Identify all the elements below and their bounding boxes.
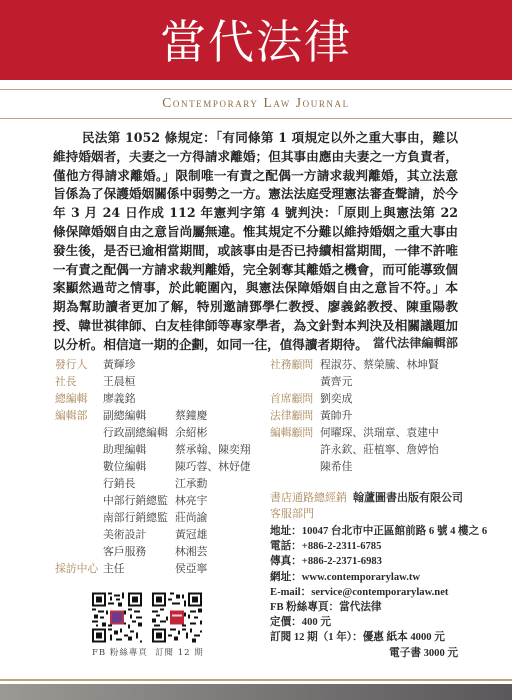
customer-service-label: 客服部門 <box>270 506 347 522</box>
credit-name: 林湘芸 <box>175 543 207 560</box>
subtitle-top-rule <box>0 89 512 90</box>
qr-code-icon <box>152 592 202 643</box>
credit-value: 南部行銷總監 <box>103 509 168 526</box>
website-link[interactable]: 網址：www.contemporarylaw.tw <box>270 570 460 585</box>
credit-value: 行政副總編輯 <box>103 424 168 441</box>
credit-row: 助理編輯蔡承翰、陳奕翔 <box>55 441 255 458</box>
journal-title: 當代法律 <box>0 14 512 70</box>
credit-row: 行銷長江承勳 <box>55 475 255 492</box>
credit-name: 蔡承翰、陳奕翔 <box>175 441 251 458</box>
advisor-row: 首席顧問劉奕成 <box>270 390 470 407</box>
editorial-signature: 當代法律編輯部 <box>0 334 458 352</box>
qr-code-icon <box>92 592 142 643</box>
credit-label: 社長 <box>55 373 77 390</box>
distributor: 書店通路總經銷 翰蘆圖書出版有限公司 客服部門 <box>270 490 347 522</box>
credit-row: 採訪中心主任侯亞寧 <box>55 560 255 577</box>
advisor-names: 程淑芬、蔡榮騰、林坤賢 <box>320 356 439 373</box>
credit-label: 採訪中心 <box>55 560 98 577</box>
credit-label: 編輯部 <box>55 407 87 424</box>
subscription-price: 訂閱 12 期（1 年）：優惠 紙本 4000 元 <box>270 630 460 645</box>
fb-page: FB 粉絲專頁：當代法律 <box>270 600 460 615</box>
subtitle-bottom-rule <box>0 118 512 119</box>
advisor-label: 編輯顧問 <box>270 424 313 441</box>
journal-subtitle: Contemporary Law Journal <box>0 95 512 111</box>
credit-value: 王晨桓 <box>103 373 135 390</box>
price: 定價：400 元 <box>270 615 460 630</box>
qr-code-subscribe[interactable] <box>152 592 202 643</box>
credit-value: 主任 <box>103 560 125 577</box>
credit-value: 中部行銷總監 <box>103 492 168 509</box>
advisor-row: 法律顧問黃帥升 <box>270 407 470 424</box>
credit-value: 廖義銘 <box>103 390 135 407</box>
advisor-label: 首席顧問 <box>270 390 313 407</box>
footer-band <box>0 684 512 700</box>
credit-name: 黃冠雄 <box>175 526 207 543</box>
credit-row: 發行人黃輝珍 <box>55 356 255 373</box>
advisor-row: 黃齊元 <box>270 373 470 390</box>
credit-value: 行銷長 <box>103 475 135 492</box>
advisors-list: 社務顧問程淑芬、蔡榮騰、林坤賢 黃齊元 首席顧問劉奕成 法律顧問黃帥升 編輯顧問… <box>270 356 470 475</box>
credit-label: 總編輯 <box>55 390 87 407</box>
credit-row: 數位編輯陳巧蓉、林妤倢 <box>55 458 255 475</box>
credit-row: 總編輯廖義銘 <box>55 390 255 407</box>
advisor-names: 陳希佳 <box>320 458 352 475</box>
credit-row: 客戶服務林湘芸 <box>55 543 255 560</box>
advisor-names: 黃帥升 <box>320 407 352 424</box>
advisor-names: 何曜琛、洪瑞章、袁建中 <box>320 424 439 441</box>
credit-name: 蔡鐘慶 <box>175 407 207 424</box>
credit-value: 美術設計 <box>103 526 146 543</box>
distributor-label: 書店通路總經銷 <box>270 490 347 506</box>
ebook-price: 電子書 3000 元 <box>270 646 458 661</box>
credit-row: 南部行銷總監莊尚諭 <box>55 509 255 526</box>
qr-label-fb: FB 粉絲專頁 <box>92 646 148 658</box>
advisor-row: 陳希佳 <box>270 458 470 475</box>
advisor-row: 許永欽、莊植寧、詹婷怡 <box>270 441 470 458</box>
email-link[interactable]: E-mail：service@contemporarylaw.net <box>270 585 460 600</box>
credit-name: 莊尚諭 <box>175 509 207 526</box>
credit-value: 黃輝珍 <box>103 356 135 373</box>
address: 地址：10047 台北市中正區館前路 6 號 4 樓之 6 <box>270 524 460 539</box>
staff-credits: 發行人黃輝珍 社長王晨桓 總編輯廖義銘 編輯部副總編輯蔡鐘慶 行政副總編輯余紹彬… <box>55 356 255 577</box>
credit-value: 副總編輯 <box>103 407 146 424</box>
credit-value: 助理編輯 <box>103 441 146 458</box>
distributor-name: 翰蘆圖書出版有限公司 <box>353 490 463 506</box>
qr-label-subscribe: 訂閱 12 期 <box>155 646 204 658</box>
advisor-label: 社務顧問 <box>270 356 313 373</box>
advisor-row: 編輯顧問何曜琛、洪瑞章、袁建中 <box>270 424 470 441</box>
advisor-label: 法律顧問 <box>270 407 313 424</box>
qr-code-fb[interactable] <box>92 592 142 643</box>
advisor-row: 社務顧問程淑芬、蔡榮騰、林坤賢 <box>270 356 470 373</box>
credit-row: 社長王晨桓 <box>55 373 255 390</box>
credit-row: 美術設計黃冠雄 <box>55 526 255 543</box>
credit-name: 陳巧蓉、林妤倢 <box>175 458 251 475</box>
contact-info: 地址：10047 台北市中正區館前路 6 號 4 樓之 6 電話：+886-2-… <box>270 524 460 661</box>
editorial-text: 民法第 1052 條規定：「有同條第 1 項規定以外之重大事由，難以維持婚姻者，… <box>53 129 458 355</box>
fax: 傳真：+886-2-2371-6983 <box>270 554 460 569</box>
credit-name: 林亮宇 <box>175 492 207 509</box>
credit-name: 侯亞寧 <box>175 560 207 577</box>
phone: 電話：+886-2-2311-6785 <box>270 539 460 554</box>
credit-value: 客戶服務 <box>103 543 146 560</box>
credit-row: 行政副總編輯余紹彬 <box>55 424 255 441</box>
footer-rule <box>0 679 512 681</box>
credit-label: 發行人 <box>55 356 87 373</box>
advisor-names: 劉奕成 <box>320 390 352 407</box>
credit-name: 余紹彬 <box>175 424 207 441</box>
credit-row: 編輯部副總編輯蔡鐘慶 <box>55 407 255 424</box>
editorial-paragraph: 民法第 1052 條規定：「有同條第 1 項規定以外之重大事由，難以維持婚姻者，… <box>53 129 458 355</box>
advisor-names: 許永欽、莊植寧、詹婷怡 <box>320 441 439 458</box>
advisor-names: 黃齊元 <box>320 373 352 390</box>
credit-name: 江承勳 <box>175 475 207 492</box>
credit-value: 數位編輯 <box>103 458 146 475</box>
credit-row: 中部行銷總監林亮宇 <box>55 492 255 509</box>
